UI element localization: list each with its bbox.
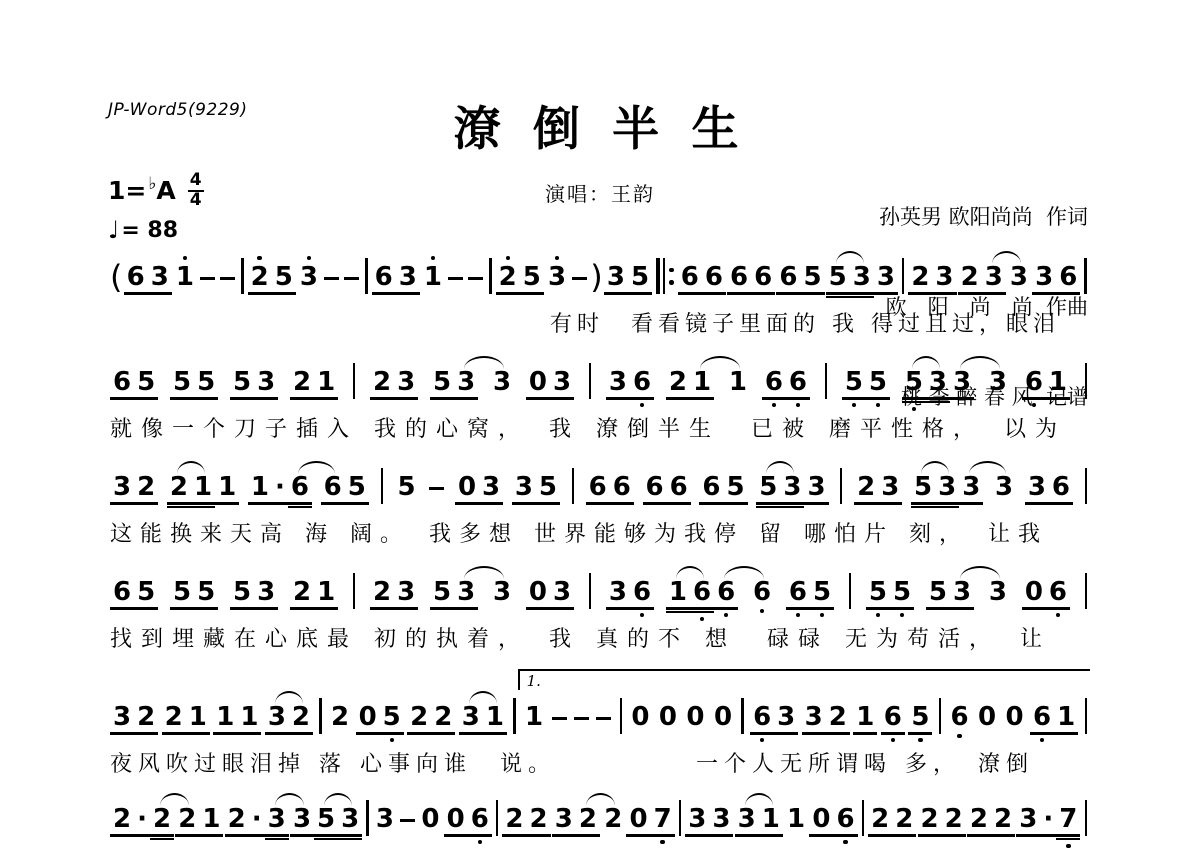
beam-underline xyxy=(878,502,902,504)
beam-underline xyxy=(576,834,600,836)
note: 6 xyxy=(786,579,810,605)
beam-underline xyxy=(1040,834,1056,836)
note: 2 xyxy=(601,806,625,832)
note: 6 xyxy=(690,579,714,605)
note: 5 xyxy=(826,264,850,290)
duration-dash xyxy=(200,277,215,280)
note: 3 xyxy=(1025,474,1049,500)
note: 6 xyxy=(468,806,492,832)
note: 5 xyxy=(194,369,218,395)
beam-underline xyxy=(288,506,312,508)
note: 3 xyxy=(878,474,902,500)
note: 6 xyxy=(881,704,905,730)
beam-underline xyxy=(215,502,239,504)
beamed-group: 65 xyxy=(776,264,824,290)
octave-dot-below xyxy=(918,738,922,742)
lyric-segment: 就像一个刀子插入 我的心窝， 我 潦倒半生 已被 磨平性格， 以为 xyxy=(110,412,1066,443)
note: 3 xyxy=(394,369,418,395)
barline xyxy=(366,800,368,836)
beamed-group: 07 xyxy=(626,806,674,832)
note: 3 xyxy=(735,806,759,832)
beam-underline xyxy=(213,732,237,734)
beam-underline xyxy=(167,502,191,504)
note: 3 xyxy=(926,369,950,395)
beam-underline xyxy=(690,611,714,613)
note: 3 xyxy=(685,806,709,832)
note: 3 xyxy=(148,264,172,290)
beam-underline xyxy=(1046,397,1070,399)
beamed-group: 35 xyxy=(604,264,652,290)
note: 6 xyxy=(776,264,800,290)
note: 3 xyxy=(459,704,483,730)
beam-underline xyxy=(134,502,158,504)
beam-underline xyxy=(265,834,289,836)
beam-underline xyxy=(967,834,991,836)
beam-underline xyxy=(1022,397,1046,399)
beamed-group: 66 xyxy=(762,369,810,395)
note: 3 xyxy=(512,474,536,500)
note: 6 xyxy=(586,474,610,500)
repeat-dots xyxy=(669,268,674,285)
note: 5 xyxy=(134,369,158,395)
beamed-group: 65 xyxy=(699,474,747,500)
note: 5 xyxy=(272,264,296,290)
note: 1 xyxy=(1046,369,1070,395)
beam-underline xyxy=(407,732,431,734)
music-line-6: 2·2212·33533006223220733311062222223·7 xyxy=(110,798,1090,849)
beam-underline xyxy=(759,834,783,836)
note: 3 xyxy=(932,264,956,290)
octave-dot-below xyxy=(772,403,776,407)
beam-underline xyxy=(454,607,478,609)
note: 5 xyxy=(520,264,544,290)
note: 3 xyxy=(490,369,514,395)
beam-underline xyxy=(850,296,874,298)
note: 2 xyxy=(868,806,892,832)
note: 2 xyxy=(918,806,942,832)
note: 3 xyxy=(982,264,1006,290)
beamed-group: 06 xyxy=(1022,579,1070,605)
duration-dash xyxy=(344,277,359,280)
octave-dot-below xyxy=(957,734,961,738)
barline xyxy=(496,800,498,836)
beamed-group: 533 xyxy=(902,369,974,395)
beam-underline xyxy=(444,834,468,836)
beam-underline xyxy=(826,292,850,294)
beam-underline xyxy=(502,834,526,836)
beam-underline xyxy=(866,607,890,609)
lyric-segment: 一个人无所谓喝 多， 潦倒 xyxy=(696,747,1034,778)
beamed-group: 353 xyxy=(290,806,362,832)
note: 6 xyxy=(1049,474,1073,500)
beam-underline xyxy=(230,607,254,609)
beam-underline xyxy=(110,502,134,504)
octave-dot-below xyxy=(1056,613,1060,617)
note: 3 xyxy=(1007,264,1031,290)
beamed-group: 1·6 xyxy=(248,474,312,500)
octave-dot-above xyxy=(431,256,435,260)
beam-underline xyxy=(950,397,974,399)
note: 2 xyxy=(370,579,394,605)
note: 2 xyxy=(576,806,600,832)
intro-paren: ( xyxy=(110,261,122,293)
beam-underline xyxy=(479,502,503,504)
rest-note: 0 xyxy=(975,704,999,730)
beamed-group: 55 xyxy=(170,369,218,395)
note: 2 xyxy=(290,579,314,605)
note: 3 xyxy=(490,579,514,605)
note: 1 xyxy=(186,704,210,730)
beam-underline xyxy=(804,502,828,504)
beam-underline xyxy=(606,397,630,399)
note: 2 xyxy=(967,806,991,832)
note: 1 xyxy=(522,704,546,730)
note: 2 xyxy=(431,704,455,730)
note: 1 xyxy=(213,704,237,730)
notes-row-wrap: 655553212353303362116655533361 xyxy=(110,361,1090,395)
beam-underline xyxy=(853,732,877,734)
rest-note: 0 xyxy=(711,704,735,730)
beam-underline xyxy=(926,607,950,609)
beam-underline xyxy=(110,732,134,734)
beamed-group: 66 xyxy=(727,264,775,290)
meter-numerator: 4 xyxy=(188,172,204,192)
beamed-group: 32 xyxy=(110,704,158,730)
rest-note: 0 xyxy=(683,704,707,730)
beam-underline xyxy=(249,834,265,836)
note: 1 xyxy=(726,369,750,395)
note: 1 xyxy=(666,579,690,605)
beamed-group: 55 xyxy=(842,369,890,395)
note: 3 xyxy=(454,579,478,605)
beam-underline xyxy=(370,397,394,399)
note: 2 xyxy=(150,806,174,832)
beam-underline xyxy=(802,732,826,734)
beam-underline xyxy=(756,502,780,504)
beam-underline xyxy=(714,607,738,609)
beam-underline xyxy=(1046,607,1070,609)
beam-underline xyxy=(630,397,654,399)
beamed-group: 61 xyxy=(1022,369,1070,395)
beamed-group: 22 xyxy=(868,806,916,832)
note: 6 xyxy=(630,369,654,395)
note: 1 xyxy=(199,806,223,832)
note: 6 xyxy=(714,579,738,605)
beam-underline xyxy=(890,607,914,609)
notes-row: 322111·6655033566666553323533336 xyxy=(110,466,1090,500)
beam-underline xyxy=(643,502,667,504)
octave-dot-below xyxy=(900,613,904,617)
rest-note: 0 xyxy=(356,704,380,730)
beam-underline xyxy=(810,607,834,609)
beam-underline xyxy=(191,502,215,504)
note: 1 xyxy=(314,369,338,395)
note: 6 xyxy=(1030,704,1054,730)
beam-underline xyxy=(148,292,172,294)
octave-dot-below xyxy=(796,613,800,617)
credit-lyricist: 孙英男 欧阳尚尚 作词 xyxy=(879,202,1088,232)
barline xyxy=(1085,800,1087,836)
beamed-group: 63 xyxy=(750,704,798,730)
note: 5 xyxy=(134,579,158,605)
note: 2 xyxy=(666,369,690,395)
note: 6 xyxy=(630,579,654,605)
note: 6 xyxy=(643,474,667,500)
beam-underline xyxy=(935,506,959,508)
beamed-group: 35 xyxy=(512,474,560,500)
beamed-group: 32 xyxy=(552,806,600,832)
beam-underline xyxy=(586,502,610,504)
note: 3 xyxy=(804,474,828,500)
beam-underline xyxy=(345,502,369,504)
notes-row-wrap: (631253631253)356666655332323336 xyxy=(110,256,1090,290)
note: 3 xyxy=(265,806,289,832)
beamed-group: 21 xyxy=(666,369,714,395)
beam-underline xyxy=(520,292,544,294)
key-letter: A xyxy=(156,176,175,205)
duration-dash xyxy=(220,277,235,280)
note: 6 xyxy=(702,264,726,290)
note: 2 xyxy=(225,806,249,832)
note: 3 xyxy=(110,704,134,730)
note: 3 xyxy=(802,704,826,730)
beamed-group: 211 xyxy=(167,474,239,500)
beam-underline xyxy=(314,838,338,840)
duration-dash xyxy=(448,277,463,280)
note: 2 xyxy=(958,264,982,290)
beam-underline xyxy=(1025,502,1049,504)
beam-underline xyxy=(774,732,798,734)
note: 3 xyxy=(394,579,418,605)
beam-underline xyxy=(552,834,576,836)
beam-underline xyxy=(194,397,218,399)
beam-underline xyxy=(170,607,194,609)
beam-underline xyxy=(935,502,959,504)
tempo-marking: ♩ = 88 xyxy=(108,216,178,244)
beam-underline xyxy=(1030,732,1054,734)
rest-note: 0 xyxy=(656,704,680,730)
note: 3 xyxy=(950,579,974,605)
note: 7 xyxy=(1056,806,1080,832)
lyric-segment: 夜风吹过眼泪掉 落 心事向谁 说。 xyxy=(110,747,556,778)
octave-dot-above xyxy=(506,256,510,260)
beam-underline xyxy=(709,834,733,836)
beam-underline xyxy=(314,397,338,399)
beam-underline xyxy=(630,607,654,609)
note: 3 xyxy=(874,264,898,290)
note: 5 xyxy=(890,579,914,605)
rest-note: 0 xyxy=(444,806,468,832)
note: 5 xyxy=(866,369,890,395)
octave-dot-below xyxy=(760,738,764,742)
beam-underline xyxy=(800,292,824,294)
rest-note: 0 xyxy=(626,806,650,832)
note: 6 xyxy=(762,369,786,395)
beam-underline xyxy=(699,502,723,504)
beam-underline xyxy=(394,607,418,609)
note: 5 xyxy=(926,579,950,605)
note: 3 xyxy=(254,369,278,395)
beamed-group: 36 xyxy=(606,579,654,605)
lyrics-line: 就像一个刀子插入 我的心窝， 我 潦倒半生 已被 磨平性格， 以为 xyxy=(110,412,1090,443)
note: 5 xyxy=(314,806,338,832)
note: 2 xyxy=(134,474,158,500)
repeat-thick-bar xyxy=(656,258,660,294)
beam-underline xyxy=(868,834,892,836)
octave-dot-below xyxy=(796,403,800,407)
note: 6 xyxy=(372,264,396,290)
lyrics-line: 夜风吹过眼泪掉 落 心事向谁 说。一个人无所谓喝 多， 潦倒 xyxy=(110,747,1090,778)
note: 3 xyxy=(297,264,321,290)
note: 3 xyxy=(110,474,134,500)
octave-dot-above xyxy=(257,256,261,260)
beamed-group: 21 xyxy=(290,369,338,395)
barline xyxy=(741,698,743,734)
beamed-group: 05 xyxy=(356,704,404,730)
beam-underline xyxy=(550,397,574,399)
note: 3 xyxy=(454,369,478,395)
note: 2 xyxy=(496,264,520,290)
notes-row-wrap: 655553212353303361666655553306 xyxy=(110,571,1090,605)
note: 2 xyxy=(407,704,431,730)
beamed-group: 2·3 xyxy=(225,806,289,832)
barline xyxy=(365,258,367,294)
beamed-group: 23 xyxy=(370,579,418,605)
beamed-group: 23 xyxy=(908,264,956,290)
beam-underline xyxy=(786,607,810,609)
note: 3 xyxy=(373,806,397,832)
barline xyxy=(489,258,491,294)
duration-dash xyxy=(552,717,567,720)
lyric-segment: 这能换来天高 海 阔。 我多想 世界能够为我停 留 哪怕片 刻， 让我 xyxy=(110,517,1048,548)
beam-underline xyxy=(512,502,536,504)
beamed-group: 06 xyxy=(444,806,492,832)
beam-underline xyxy=(134,607,158,609)
octave-dot-below xyxy=(660,840,664,844)
beam-underline xyxy=(1056,838,1080,840)
beamed-group: 3·7 xyxy=(1016,806,1080,832)
beam-underline xyxy=(610,502,634,504)
beam-underline xyxy=(626,834,650,836)
beam-underline xyxy=(550,607,574,609)
rest-note: 0 xyxy=(526,579,550,605)
beamed-group: 32 xyxy=(265,704,313,730)
beam-underline xyxy=(288,502,312,504)
note: 5 xyxy=(911,474,935,500)
note: 6 xyxy=(833,806,857,832)
beamed-group: 22 xyxy=(407,704,455,730)
beam-underline xyxy=(723,502,747,504)
rest-note: 0 xyxy=(1002,704,1026,730)
barline xyxy=(1085,468,1087,504)
beam-underline xyxy=(289,732,313,734)
note: 3 xyxy=(606,579,630,605)
beam-underline xyxy=(1032,292,1056,294)
note: 6 xyxy=(699,474,723,500)
duration-dash xyxy=(429,487,444,490)
barline xyxy=(353,363,355,399)
beam-underline xyxy=(527,834,551,836)
beamed-group: 533 xyxy=(911,474,983,500)
note: 3 xyxy=(986,579,1010,605)
beamed-group: 21 xyxy=(175,806,223,832)
beam-underline xyxy=(902,397,926,399)
beam-underline xyxy=(809,834,833,836)
beamed-group: 03 xyxy=(455,474,503,500)
barline xyxy=(572,468,574,504)
beam-underline xyxy=(606,607,630,609)
beam-underline xyxy=(727,292,751,294)
beam-underline xyxy=(225,834,249,836)
note: 5 xyxy=(345,474,369,500)
note: 5 xyxy=(628,264,652,290)
octave-dot-below xyxy=(820,613,824,617)
augmentation-dot: · xyxy=(249,806,265,832)
beamed-group: 22 xyxy=(967,806,1015,832)
octave-dot-below xyxy=(640,403,644,407)
barline xyxy=(902,258,904,294)
beam-underline xyxy=(134,834,150,836)
note: 2 xyxy=(942,806,966,832)
repeat-dot xyxy=(669,268,674,273)
beamed-group: 36 xyxy=(606,369,654,395)
note: 5 xyxy=(908,704,932,730)
music-line-3: 322111·6655033566666553323533336这能换来天高 海… xyxy=(110,466,1090,548)
beam-underline xyxy=(950,607,974,609)
note: 3 xyxy=(950,369,974,395)
note: 3 xyxy=(780,474,804,500)
beam-underline xyxy=(175,834,199,836)
beam-underline xyxy=(134,397,158,399)
beam-underline xyxy=(290,834,314,836)
barline xyxy=(513,698,515,734)
notes-row-wrap: 1.32211132205223110000633216560061 xyxy=(110,696,1090,730)
note: 3 xyxy=(479,474,503,500)
note: 5 xyxy=(380,704,404,730)
note: 1 xyxy=(237,704,261,730)
lyric-segment: 有时 看看镜子里面的 我 得过且过，眼泪 xyxy=(550,307,1060,338)
beam-underline xyxy=(690,397,714,399)
beam-underline xyxy=(199,834,223,836)
beam-underline xyxy=(194,607,218,609)
octave-dot-above xyxy=(307,256,311,260)
flat-icon: ♭ xyxy=(148,174,156,194)
note: 5 xyxy=(394,474,418,500)
lyrics-line: 有时 看看镜子里面的 我 得过且过，眼泪 xyxy=(110,307,1090,338)
beamed-group: 36 xyxy=(1025,474,1073,500)
beam-underline xyxy=(483,732,507,734)
note: 2 xyxy=(826,704,850,730)
note: 5 xyxy=(430,579,454,605)
note: 6 xyxy=(321,474,345,500)
beam-underline xyxy=(776,292,800,294)
beamed-group: 03 xyxy=(526,369,574,395)
octave-dot-below xyxy=(478,840,482,844)
note: 3 xyxy=(545,264,569,290)
score-page: JP-Word5(9229) 潦 倒 半 生 演唱：王韵 孙英男 欧阳尚尚 作词… xyxy=(0,0,1200,850)
beam-underline xyxy=(1022,607,1046,609)
notes-row: (631253631253)356666655332323336 xyxy=(110,256,1090,290)
beam-underline xyxy=(1056,292,1080,294)
beamed-group: 55 xyxy=(170,579,218,605)
duration-dash xyxy=(468,277,483,280)
rest-note: 0 xyxy=(809,806,833,832)
beamed-group: 31 xyxy=(735,806,783,832)
beam-underline xyxy=(666,607,690,609)
note: 1 xyxy=(784,806,808,832)
beam-underline xyxy=(272,502,288,504)
intro-paren: ) xyxy=(590,261,602,293)
